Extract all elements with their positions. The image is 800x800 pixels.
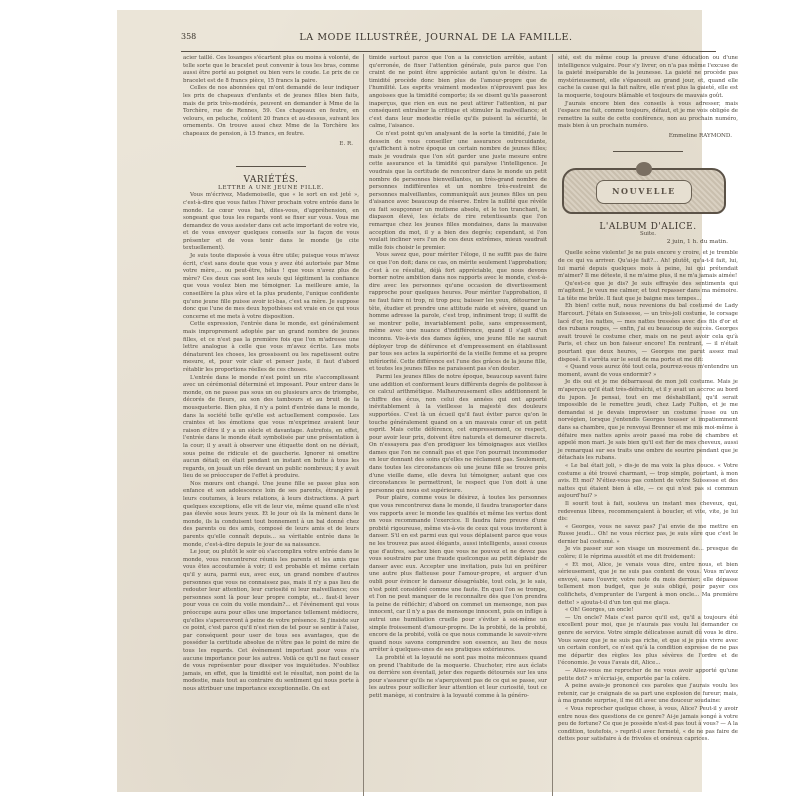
story-subtitle: Suite. bbox=[558, 231, 738, 239]
paragraph: — Allez-vous me reprocher de ne vous avo… bbox=[558, 668, 738, 683]
paragraph: Je dis oui et je me débarrassai de mon j… bbox=[558, 379, 738, 463]
column-1: acier taillé. Ces losanges s'écartent pl… bbox=[183, 55, 359, 694]
section-rule bbox=[236, 166, 306, 167]
paragraph: « Et moi, Alice, je venais vous dire, en… bbox=[558, 562, 738, 608]
section-title: VARIÉTÉS. bbox=[183, 177, 359, 185]
paragraph: acier taillé. Ces losanges s'écartent pl… bbox=[183, 55, 359, 85]
paragraph: J'aurais encore bien des conseils à vous… bbox=[558, 101, 738, 131]
paragraph: Nos mœurs ont changé. Une jeune fille se… bbox=[183, 481, 359, 549]
column-2: timide surtout parce que l'on a la convi… bbox=[369, 55, 547, 700]
header-rule bbox=[181, 51, 716, 52]
paragraph: Qu'est-ce que je dis? Je suis effrayée d… bbox=[558, 281, 738, 304]
cherub-icon bbox=[636, 162, 652, 176]
page-header: 358 LA MODE ILLUSTRÉE, JOURNAL DE LA FAM… bbox=[181, 32, 691, 46]
paragraph: Celles de nos abonnées qui m'ont demandé… bbox=[183, 85, 359, 138]
journal-title: LA MODE ILLUSTRÉE, JOURNAL DE LA FAMILLE… bbox=[181, 32, 691, 43]
paragraph: « Vous reprocher quelque chose, à vous, … bbox=[558, 706, 738, 744]
nouvelle-banner-illustration: NOUVELLE bbox=[560, 162, 728, 218]
paragraph: Vous savez que, pour mériter l'éloge, il… bbox=[369, 252, 547, 374]
paragraph: « Quand vous aurez ôté tout cela, pourre… bbox=[558, 364, 738, 379]
signature: E. R. bbox=[183, 141, 353, 149]
paragraph: Je suis toute disposée à vous être utile… bbox=[183, 253, 359, 321]
paragraph: Ce n'est point qu'en analysant de la sor… bbox=[369, 131, 547, 253]
paragraph: L'entrée dans le monde n'est point un ri… bbox=[183, 375, 359, 481]
column-divider-2 bbox=[552, 54, 553, 796]
paragraph: — Un oncle? Mais c'est parce qu'il est, … bbox=[558, 615, 738, 668]
paragraph: Je vis passer sur son visage un mouvemen… bbox=[558, 546, 738, 561]
paragraph: « Le bal était joli, » dis-je de ma voix… bbox=[558, 463, 738, 501]
paragraph: La probité et la loyauté ne sont pas moi… bbox=[369, 655, 547, 701]
paragraph: sité, est du même coup la preuve d'une é… bbox=[558, 55, 738, 101]
banner-label: NOUVELLE bbox=[596, 180, 692, 204]
paragraph: Il sourit tout à fait, souleva un instan… bbox=[558, 501, 738, 524]
paragraph: Le jour, ou plutôt le soir où s'accompli… bbox=[183, 549, 359, 693]
paragraph: Eh bien! cette nuit, nous revenions du b… bbox=[558, 303, 738, 364]
paragraph: A peine avais-je prononcé ces paroles qu… bbox=[558, 683, 738, 706]
paragraph: « Georges, vous ne savez pas? J'ai envie… bbox=[558, 524, 738, 547]
story-title: L'ALBUM D'ALICE. bbox=[558, 224, 738, 232]
signature: Emmeline RAYMOND. bbox=[558, 133, 732, 141]
paragraph: Parmi les jeunes filles de notre époque,… bbox=[369, 374, 547, 496]
paragraph: timide surtout parce que l'on a la convi… bbox=[369, 55, 547, 131]
story-date: 2 juin, 1 h. du matin. bbox=[558, 239, 728, 247]
paragraph: Pour plaire, comme vous le désirez, à to… bbox=[369, 495, 547, 654]
paragraph: « Oh! Georges, un oncle! bbox=[558, 607, 738, 615]
paragraph: Cette expression, l'entrée dans le monde… bbox=[183, 321, 359, 374]
newspaper-page: 358 LA MODE ILLUSTRÉE, JOURNAL DE LA FAM… bbox=[117, 10, 702, 792]
column-3: sité, est du même coup la preuve d'une é… bbox=[558, 55, 738, 744]
paragraph: Quelle scène violente! Je ne puis encore… bbox=[558, 250, 738, 280]
paragraph: Vous m'écrivez, Mademoiselle, que « le s… bbox=[183, 192, 359, 253]
section-rule bbox=[613, 151, 683, 152]
column-divider-1 bbox=[363, 54, 364, 796]
